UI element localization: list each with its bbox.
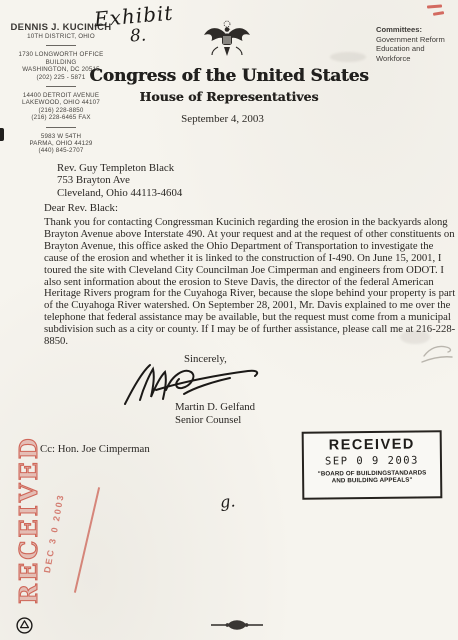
scan-edge-mark [0,128,4,141]
cc-line: Cc: Hon. Joe Cimperman [40,443,150,455]
letter-date: September 4, 2003 [90,113,355,125]
member-district: 10TH DISTRICT, OHIO [4,33,118,40]
letterhead-divider [46,86,76,87]
received-stamp-org: "BOARD OF BUILDINGSTANDARDS AND BUILDING… [304,469,440,485]
letterhead-divider [46,127,76,128]
committees-block: Committees: Government Reform Education … [376,25,456,63]
recipient-name: Rev. Guy Templeton Black [57,162,182,174]
received-stamp-red-text: RECEIVED [14,464,43,604]
recipient-city: Cleveland, Ohio 44113-4604 [57,187,182,199]
received-stamp-title: RECEIVED [304,436,440,453]
handwritten-exhibit-number: 8. [129,25,147,46]
body-line: 8850. [44,336,454,348]
office-address-line: 1730 LONGWORTH OFFICE BUILDING [4,51,118,66]
body-line: Brayton Avenue, this office asked the Oh… [44,241,454,253]
handwritten-page-mark: g. [219,491,236,511]
committee-item: Education and Workforce [376,44,456,63]
recipient-street: 753 Brayton Ave [57,174,182,186]
letter-body: Thank you for contacting Congressman Kuc… [44,217,454,348]
red-pen-mark [433,11,444,15]
page-ornament-icon [210,618,264,636]
body-line: subdivision such as a city or county. If… [44,324,454,336]
pencil-scribble [420,342,454,369]
committee-item: Government Reform [376,35,456,45]
red-pen-mark [427,4,442,8]
signer-name: Martin D. Gelfand [175,401,255,414]
received-stamp-date: SEP 0 9 2003 [304,454,440,467]
received-stamp-black: RECEIVED SEP 0 9 2003 "BOARD OF BUILDING… [302,430,443,499]
scanned-letter-page: DENNIS J. KUCINICH 10TH DISTRICT, OHIO 1… [0,0,458,640]
masthead-title: Congress of the United States [70,66,388,86]
signer-title: Senior Counsel [175,414,255,427]
masthead-subtitle: House of Representatives [70,89,388,104]
office-address-line: 5983 W 54TH [4,133,118,140]
body-line: cause of the erosion and whether it is l… [44,253,454,265]
recycle-icon [16,617,33,639]
body-line: toured the site with Cleveland City Coun… [44,265,454,277]
received-stamp-red-date: DEC 3 0 2003 [42,483,67,573]
recipient-address-block: Rev. Guy Templeton Black 753 Brayton Ave… [57,162,182,199]
committees-label: Committees: [376,25,456,35]
office-address-line: PARMA, OHIO 44129 [4,140,118,147]
scan-smudge [330,52,366,62]
office-phone-line: (440) 845-2707 [4,147,118,154]
letterhead-divider [46,45,76,46]
us-eagle-seal-icon [203,20,251,67]
salutation: Dear Rev. Black: [44,202,118,214]
red-stamp-line [74,487,100,593]
signature-block: Martin D. Gelfand Senior Counsel [175,401,255,426]
